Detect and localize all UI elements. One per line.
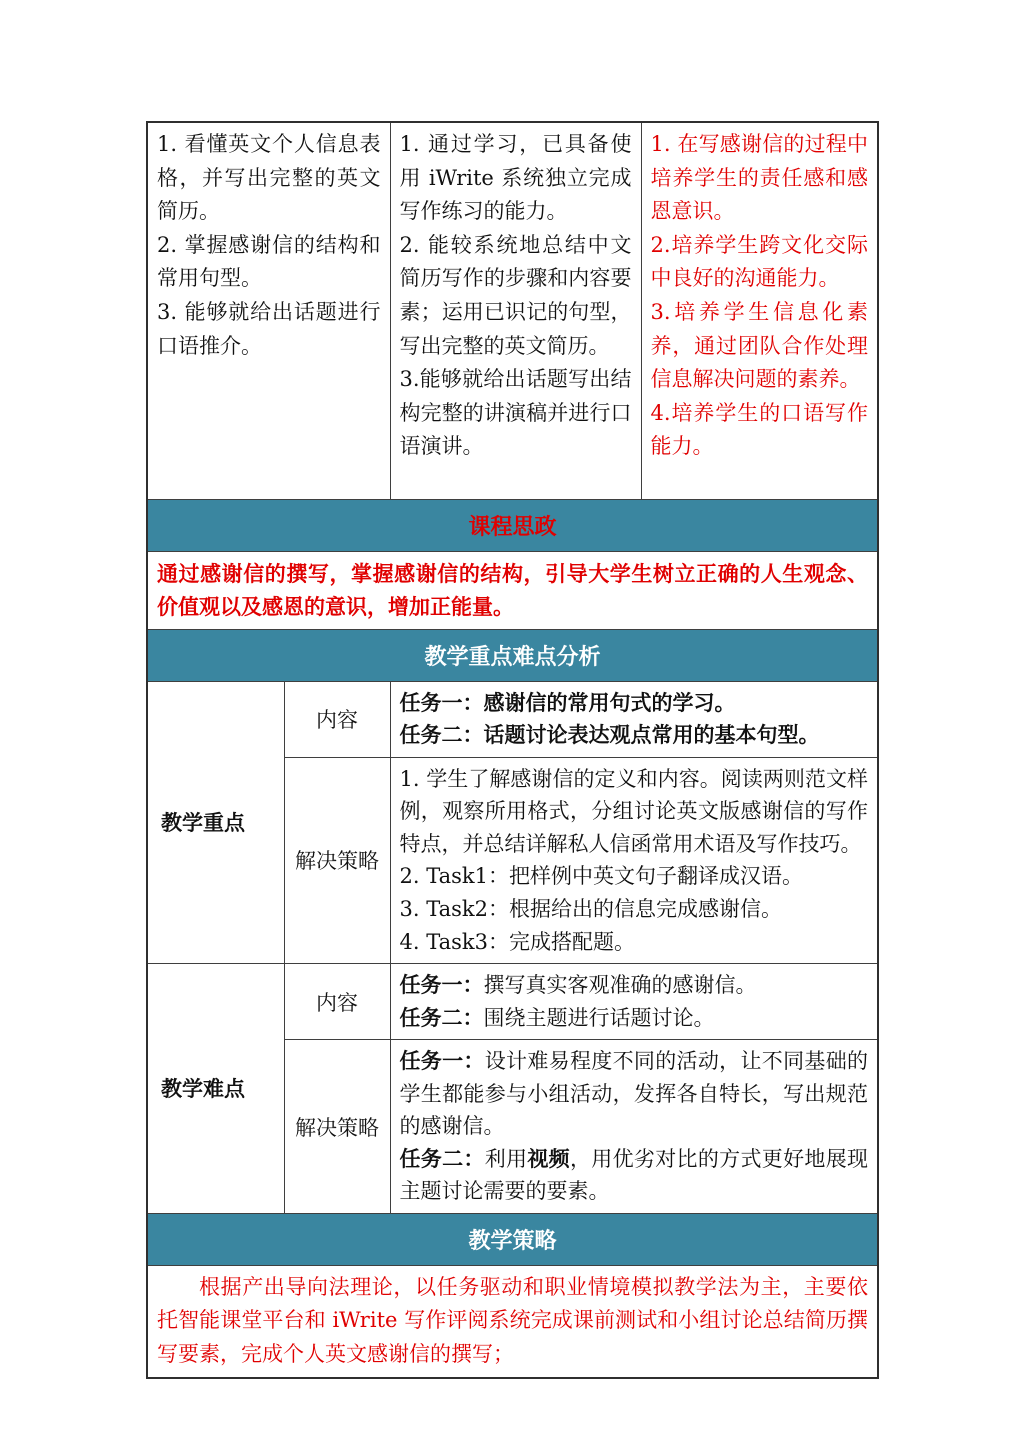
focus-content-item: 任务一：感谢信的常用句式的学习。 xyxy=(400,687,869,720)
ability-goal-item: 2. 能较系统地总结中文简历写作的步骤和内容要素；运用已识记的句型，写出完整的英… xyxy=(400,229,632,363)
difficulty-content-cell: 任务一：撰写真实客观准确的感谢信。 任务二：围绕主题进行话题讨论。 xyxy=(390,964,878,1040)
difficulty-solution-item: 任务二：利用视频，用优劣对比的方式更好地展现主题讨论需要的要素。 xyxy=(400,1143,869,1208)
focus-solution-cell: 1. 学生了解感谢信的定义和内容。阅读两则范文样例，观察所用格式，分组讨论英文版… xyxy=(390,757,878,963)
difficulty-content-label: 内容 xyxy=(284,964,390,1040)
knowledge-goals-cell: 1. 看懂英文个人信息表格，并写出完整的英文简历。 2. 掌握感谢信的结构和常用… xyxy=(147,122,390,499)
emphasized-word: 视频 xyxy=(527,1146,570,1171)
analysis-header-row: 教学重点难点分析 xyxy=(147,629,878,681)
section-header-strategy: 教学策略 xyxy=(147,1213,878,1265)
task-text: 撰写真实客观准确的感谢信。 xyxy=(484,973,757,997)
focus-label-cell: 教学重点 xyxy=(147,681,284,963)
focus-solution-item: 4. Task3：完成搭配题。 xyxy=(400,926,869,959)
difficulty-solution-cell: 任务一：设计难易程度不同的活动，让不同基础的学生都能参与小组活动，发挥各自特长，… xyxy=(390,1040,878,1214)
knowledge-goal-item: 3. 能够就给出话题进行口语推介。 xyxy=(157,296,381,363)
task-tag: 任务二： xyxy=(400,1005,484,1030)
quality-goal-item: 1. 在写感谢信的过程中培养学生的责任感和感恩意识。 xyxy=(651,128,869,229)
task-tag: 任务一： xyxy=(400,972,484,997)
focus-solution-item: 1. 学生了解感谢信的定义和内容。阅读两则范文样例，观察所用格式，分组讨论英文版… xyxy=(400,763,869,861)
difficulty-content-item: 任务一：撰写真实客观准确的感谢信。 xyxy=(400,969,869,1002)
section-header-analysis: 教学重点难点分析 xyxy=(147,629,878,681)
difficulty-label-cell: 教学难点 xyxy=(147,964,284,1214)
focus-content-item: 任务二：话题讨论表达观点常用的基本句型。 xyxy=(400,719,869,752)
strategy-header-row: 教学策略 xyxy=(147,1213,878,1265)
ability-goals-cell: 1. 通过学习，已具备使用 iWrite 系统独立完成写作练习的能力。 2. 能… xyxy=(390,122,641,499)
lesson-plan-table: 1. 看懂英文个人信息表格，并写出完整的英文简历。 2. 掌握感谢信的结构和常用… xyxy=(146,121,879,1379)
ideology-header-row: 课程思政 xyxy=(147,499,878,551)
task-tag: 任务一： xyxy=(400,1048,485,1073)
ideology-body-row: 通过感谢信的撰写，掌握感谢信的结构，引导大学生树立正确的人生观念、价值观以及感恩… xyxy=(147,551,878,629)
quality-goal-item: 2.培养学生跨文化交际中良好的沟通能力。 xyxy=(651,229,869,296)
section-header-ideology: 课程思政 xyxy=(147,499,878,551)
task-text: 利用 xyxy=(485,1147,528,1171)
focus-solution-item: 3. Task2：根据给出的信息完成感谢信。 xyxy=(400,893,869,926)
strategy-body-text: 根据产出导向法理论，以任务驱动和职业情境模拟教学法为主，主要依托智能课堂平台和 … xyxy=(147,1265,878,1377)
difficulty-solution-label: 解决策略 xyxy=(284,1040,390,1214)
quality-goal-item: 3.培养学生信息化素养，通过团队合作处理信息解决问题的素养。 xyxy=(651,296,869,397)
focus-content-cell: 任务一：感谢信的常用句式的学习。 任务二：话题讨论表达观点常用的基本句型。 xyxy=(390,681,878,757)
document-page: 1. 看懂英文个人信息表格，并写出完整的英文简历。 2. 掌握感谢信的结构和常用… xyxy=(0,0,1024,1448)
quality-goals-cell: 1. 在写感谢信的过程中培养学生的责任感和感恩意识。 2.培养学生跨文化交际中良… xyxy=(641,122,878,499)
task-text: 围绕主题进行话题讨论。 xyxy=(484,1006,715,1030)
difficulty-content-row: 教学难点 内容 任务一：撰写真实客观准确的感谢信。 任务二：围绕主题进行话题讨论… xyxy=(147,964,878,1040)
ability-goal-item: 3.能够就给出话题写出结构完整的讲演稿并进行口语演讲。 xyxy=(400,363,632,464)
focus-solution-item: 2. Task1：把样例中英文句子翻译成汉语。 xyxy=(400,860,869,893)
ability-goal-item: 1. 通过学习，已具备使用 iWrite 系统独立完成写作练习的能力。 xyxy=(400,128,632,229)
knowledge-goal-item: 2. 掌握感谢信的结构和常用句型。 xyxy=(157,229,381,296)
focus-content-row: 教学重点 内容 任务一：感谢信的常用句式的学习。 任务二：话题讨论表达观点常用的… xyxy=(147,681,878,757)
objectives-row: 1. 看懂英文个人信息表格，并写出完整的英文简历。 2. 掌握感谢信的结构和常用… xyxy=(147,122,878,499)
difficulty-content-item: 任务二：围绕主题进行话题讨论。 xyxy=(400,1002,869,1035)
knowledge-goal-item: 1. 看懂英文个人信息表格，并写出完整的英文简历。 xyxy=(157,128,381,229)
focus-content-label: 内容 xyxy=(284,681,390,757)
difficulty-solution-item: 任务一：设计难易程度不同的活动，让不同基础的学生都能参与小组活动，发挥各自特长，… xyxy=(400,1045,869,1143)
strategy-body-row: 根据产出导向法理论，以任务驱动和职业情境模拟教学法为主，主要依托智能课堂平台和 … xyxy=(147,1265,878,1377)
ideology-body-text: 通过感谢信的撰写，掌握感谢信的结构，引导大学生树立正确的人生观念、价值观以及感恩… xyxy=(147,551,878,629)
task-tag: 任务二： xyxy=(400,1146,485,1171)
quality-goal-item: 4.培养学生的口语写作能力。 xyxy=(651,397,869,464)
focus-solution-label: 解决策略 xyxy=(284,757,390,963)
